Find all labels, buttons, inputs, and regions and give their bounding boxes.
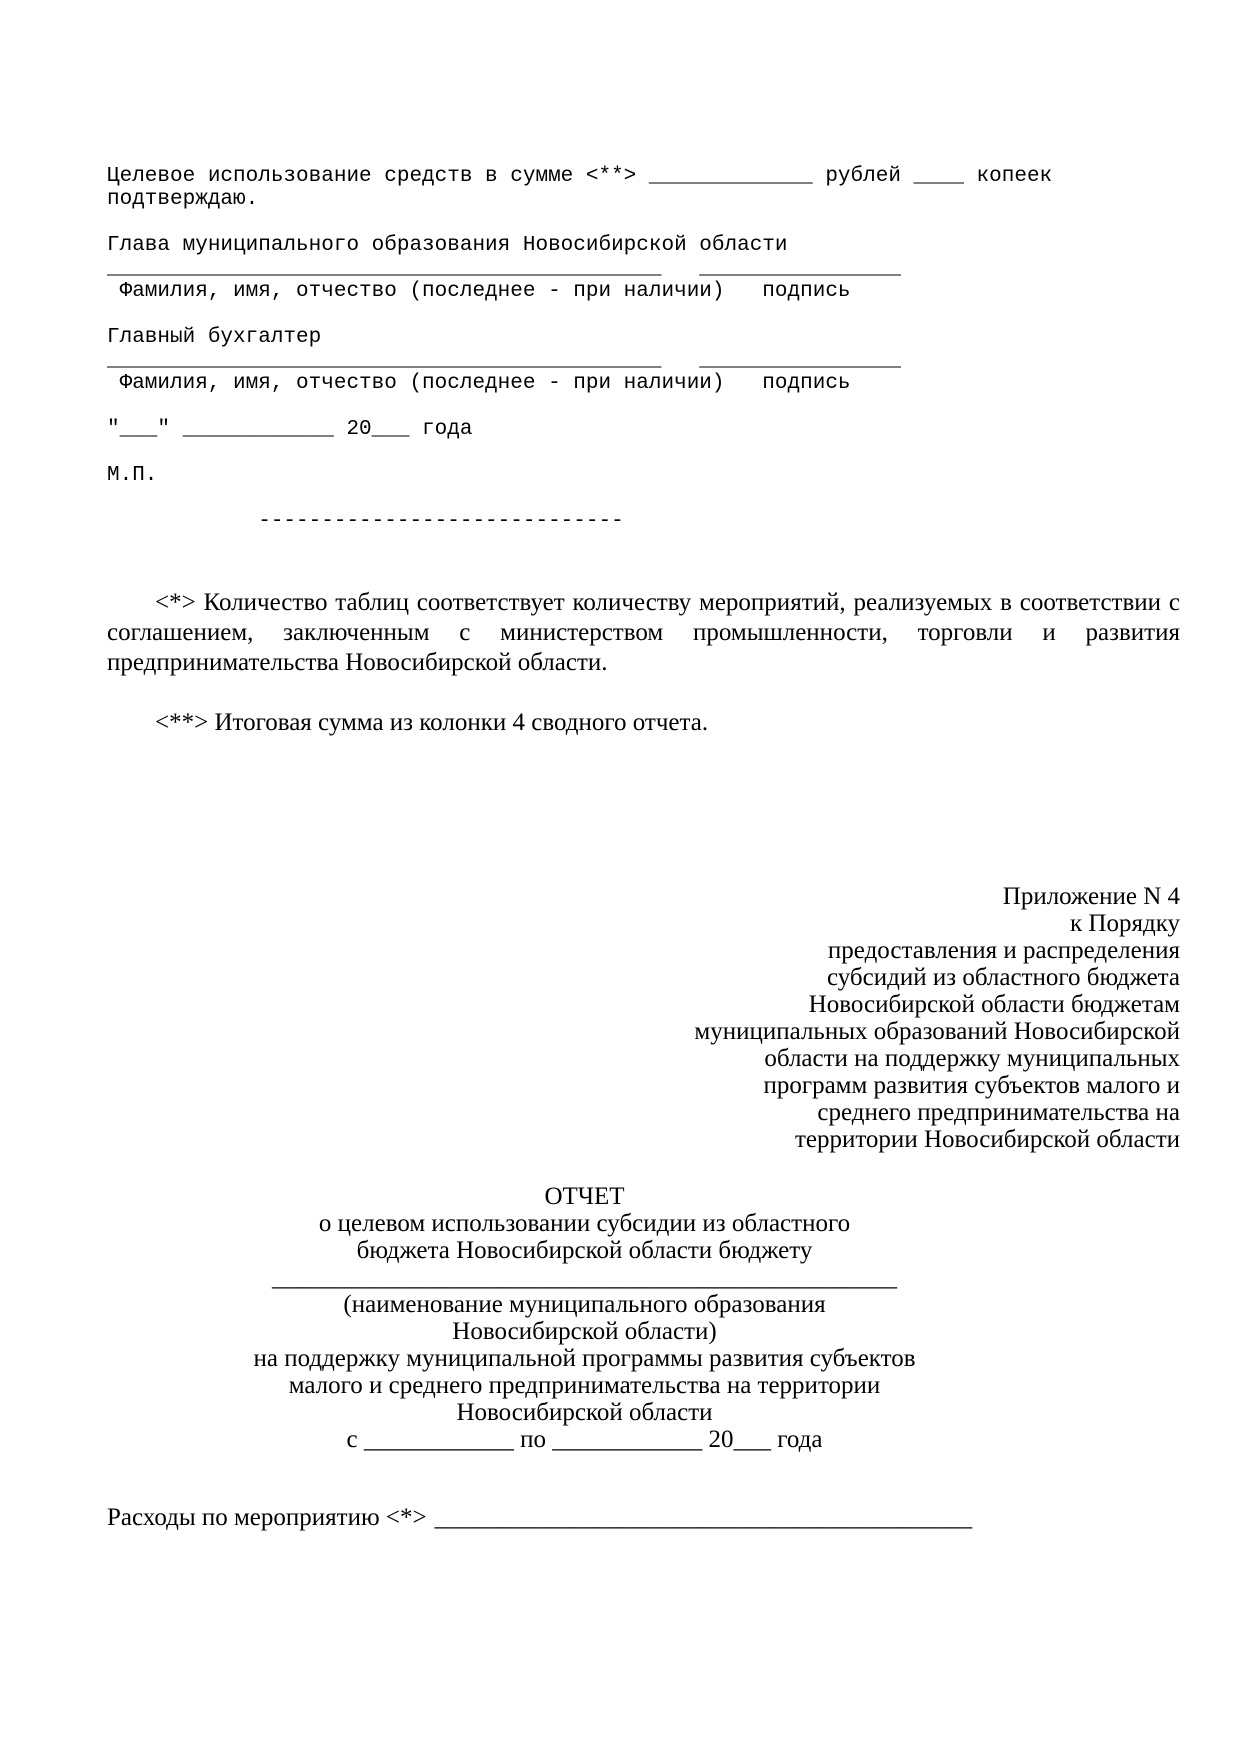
spacer-row <box>107 487 1180 510</box>
appendix-line: Приложение N 4 <box>107 883 1180 910</box>
chief-accountant-label: Главный бухгалтер <box>107 326 1180 349</box>
appendix-line: программ развития субъектов малого и <box>107 1072 1180 1099</box>
report-date-line: "___" ____________ 20___ года <box>107 418 1180 441</box>
report-subtitle-line: о целевом использовании субсидии из обла… <box>107 1210 1062 1237</box>
report-title: ОТЧЕТ <box>107 1183 1062 1210</box>
spacer-row <box>107 211 1180 234</box>
appendix-line: субсидий из областного бюджета <box>107 964 1180 991</box>
municipality-name-blank-line: ________________________________________… <box>107 1264 1062 1291</box>
accountant-signature-blank-line: ________________________________________… <box>107 349 1180 372</box>
municipality-name-caption: (наименование муниципального образования <box>107 1291 1062 1318</box>
footnote-double-asterisk: <**> Итоговая сумма из колонки 4 сводног… <box>107 708 1180 738</box>
head-signature-caption: Фамилия, имя, отчество (последнее - при … <box>107 280 1180 303</box>
expenses-line: Расходы по мероприятию <*>______________… <box>107 1503 1180 1533</box>
report-scope-line: Новосибирской области <box>107 1399 1062 1426</box>
spacer-row <box>107 441 1180 464</box>
report-subtitle-line: бюджета Новосибирской области бюджету <box>107 1237 1062 1264</box>
appendix-header: Приложение N 4 к Порядку предоставления … <box>107 883 1180 1153</box>
appendix-line: к Порядку <box>107 910 1180 937</box>
spacer-row <box>107 395 1180 418</box>
report-period-line: с ____________ по ____________ 20___ год… <box>107 1426 1062 1453</box>
signature-section: Целевое использование средств в сумме <*… <box>107 165 1180 533</box>
expenses-label: Расходы по мероприятию <*> <box>107 1504 427 1531</box>
report-scope-line: малого и среднего предпринимательства на… <box>107 1372 1062 1399</box>
report-scope-line: на поддержку муниципальной программы раз… <box>107 1345 1062 1372</box>
municipality-name-caption: Новосибирской области) <box>107 1318 1062 1345</box>
appendix-line: территории Новосибирской области <box>107 1126 1180 1153</box>
appendix-line: среднего предпринимательства на <box>107 1099 1180 1126</box>
appendix-line: муниципальных образований Новосибирской <box>107 1018 1180 1045</box>
footnote-asterisk: <*> Количество таблиц соответствует коли… <box>107 588 1180 678</box>
expenses-blank-line: ________________________________________… <box>435 1504 973 1531</box>
confirmation-text-line-1: Целевое использование средств в сумме <*… <box>107 165 1180 188</box>
footnote-separator-dashes: ----------------------------- <box>107 510 1180 533</box>
confirmation-text-line-2: подтверждаю. <box>107 188 1180 211</box>
stamp-place-mark: М.П. <box>107 464 1180 487</box>
appendix-line: предоставления и распределения <box>107 937 1180 964</box>
appendix-line: области на поддержку муниципальных <box>107 1045 1180 1072</box>
document-page: Целевое использование средств в сумме <*… <box>0 0 1240 1754</box>
head-of-municipality-label: Глава муниципального образования Новосиб… <box>107 234 1180 257</box>
accountant-signature-caption: Фамилия, имя, отчество (последнее - при … <box>107 372 1180 395</box>
appendix-line: Новосибирской области бюджетам <box>107 991 1180 1018</box>
head-signature-blank-line: ________________________________________… <box>107 257 1180 280</box>
spacer-row <box>107 303 1180 326</box>
report-header: ОТЧЕТ о целевом использовании субсидии и… <box>107 1183 1062 1453</box>
